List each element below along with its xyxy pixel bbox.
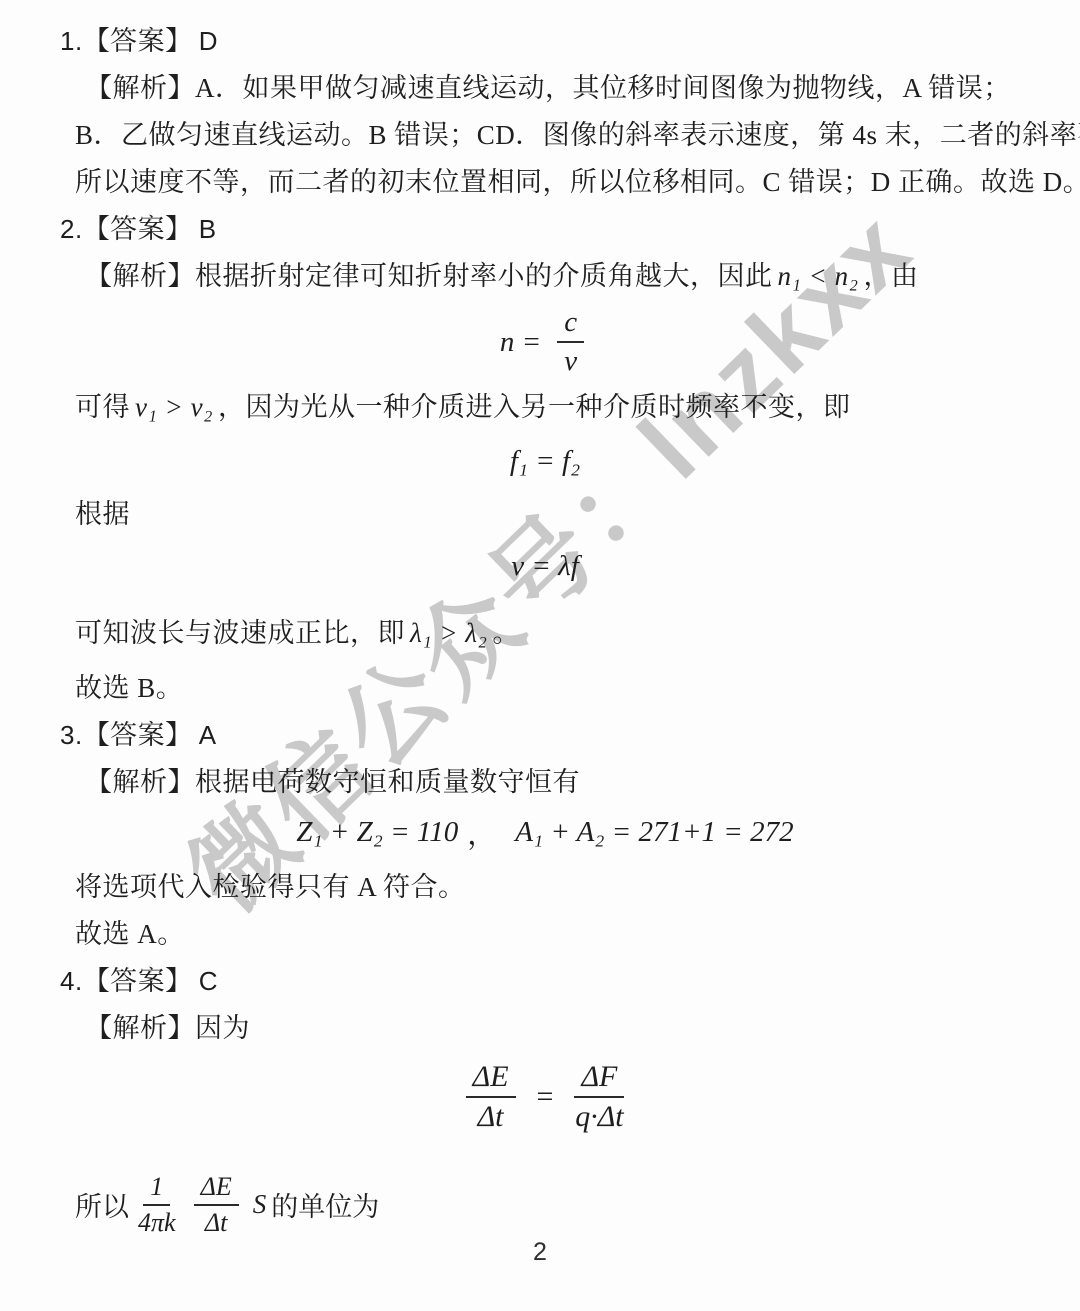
explanation-line: 可知波长与波速成正比，即λ₁ > λ₂。 [75, 610, 1030, 657]
fraction: 14πk [133, 1172, 181, 1238]
answer-letter: D [199, 26, 218, 56]
formula-mass-sum: A₁ + A₂ = 271+1 = 272 [515, 816, 793, 849]
document-page: 微信公众号：lnzkxx 1.【答案】D 【解析】A．如果甲做匀减速直线运动，其… [0, 0, 1080, 1311]
conclusion-line: 故选 B。 [75, 665, 1030, 712]
inline-math-v1-v2: v₁ > v₂ [135, 392, 213, 422]
fraction: cv [552, 306, 589, 379]
explanation-line: 【解析】根据折射定律可知折射率小的介质角越大，因此n₁ < n₂，由 [85, 253, 1030, 300]
explanation-text: 。 [492, 618, 520, 648]
question-number: 1. [60, 26, 83, 56]
fraction: ΔFq·Δt [569, 1060, 629, 1135]
fraction-denominator: 4πk [138, 1206, 176, 1238]
formula-wave-speed: v = λf [60, 538, 1030, 594]
formula-energy-rate: ΔEΔt = ΔFq·Δt [60, 1052, 1030, 1142]
explanation-line: 可得v₁ > v₂，因为光从一种介质进入另一种介质时频率不变，即 [75, 384, 1030, 431]
explanation-text: 所以 [75, 1185, 129, 1224]
explanation-line: 将选项代入检验得只有 A 符合。 [75, 864, 1030, 911]
fraction-numerator: ΔF [574, 1060, 624, 1099]
explanation-text: 的单位为 [271, 1185, 379, 1224]
formula-text: f₁ = f₂ [510, 445, 580, 478]
answer-label: 【答案】 [83, 966, 193, 996]
answer-line-4: 4.【答案】C [60, 958, 1030, 1005]
formula-conservation: Z₁ + Z₂ = 110，A₁ + A₂ = 271+1 = 272 [60, 806, 1030, 858]
explanation-line: 根据 [75, 491, 1030, 538]
fraction-numerator: ΔE [194, 1172, 239, 1206]
formula-separator: ， [467, 812, 496, 853]
explanation-text: 可得 [75, 392, 130, 422]
fraction-numerator: 1 [143, 1172, 170, 1206]
inline-math-lambda: λ₁ > λ₂ [410, 618, 487, 648]
explanation-text: 【解析】根据折射定律可知折射率小的介质角越大，因此 [85, 261, 773, 291]
explanation-text: 可知波长与波速成正比，即 [75, 618, 405, 648]
explanation-line: 所以速度不等，而二者的初末位置相同，所以位移相同。C 错误；D 正确。故选 D。 [75, 159, 1030, 206]
formula-charge-sum: Z₁ + Z₂ = 110 [296, 816, 458, 849]
formula-text: v = λf [511, 550, 579, 583]
question-number: 3. [60, 720, 83, 750]
question-number: 4. [60, 966, 83, 996]
fraction-denominator: Δt [478, 1098, 504, 1135]
fraction-numerator: c [557, 306, 584, 343]
fraction: ΔEΔt [461, 1060, 521, 1135]
answer-letter: B [199, 214, 217, 244]
answer-line-2: 2.【答案】B [60, 206, 1030, 253]
fraction-denominator: v [564, 343, 577, 378]
fraction-numerator: ΔE [466, 1060, 516, 1099]
formula-refractive-index: n = cv [60, 300, 1030, 384]
explanation-text: ，由 [864, 261, 919, 291]
answer-sheet-content: 1.【答案】D 【解析】A．如果甲做匀减速直线运动，其位移时间图像为抛物线，A … [0, 0, 1080, 1311]
explanation-line: 【解析】因为 [85, 1005, 1030, 1052]
explanation-line: B．乙做匀速直线运动。B 错误；CD．图像的斜率表示速度，第 4s 末，二者的斜… [75, 112, 1030, 159]
answer-label: 【答案】 [83, 26, 193, 56]
answer-label: 【答案】 [83, 214, 193, 244]
explanation-line: 【解析】A．如果甲做匀减速直线运动，其位移时间图像为抛物线，A 错误； [85, 65, 1030, 112]
answer-letter: A [199, 720, 217, 750]
answer-line-1: 1.【答案】D [60, 18, 1030, 65]
page-number: 2 [0, 1238, 1080, 1267]
fraction-denominator: q·Δt [575, 1098, 623, 1135]
inline-math-n1-n2: n₁ < n₂ [778, 261, 859, 291]
conclusion-unit-line: 所以 14πk ΔEΔt S 的单位为 [75, 1172, 1030, 1238]
conclusion-line: 故选 A。 [75, 911, 1030, 958]
answer-letter: C [199, 966, 218, 996]
explanation-text: ，因为光从一种介质进入另一种介质时频率不变，即 [218, 392, 851, 422]
fraction: ΔEΔt [189, 1172, 244, 1238]
variable-s: S [253, 1189, 267, 1220]
formula-frequency-equal: f₁ = f₂ [60, 431, 1030, 491]
explanation-line: 【解析】根据电荷数守恒和质量数守恒有 [85, 759, 1030, 806]
answer-label: 【答案】 [83, 720, 193, 750]
fraction-denominator: Δt [205, 1206, 227, 1238]
question-number: 2. [60, 214, 83, 244]
answer-line-3: 3.【答案】A [60, 712, 1030, 759]
equals-sign: = [537, 1080, 554, 1114]
formula-lhs: n = [500, 326, 541, 359]
